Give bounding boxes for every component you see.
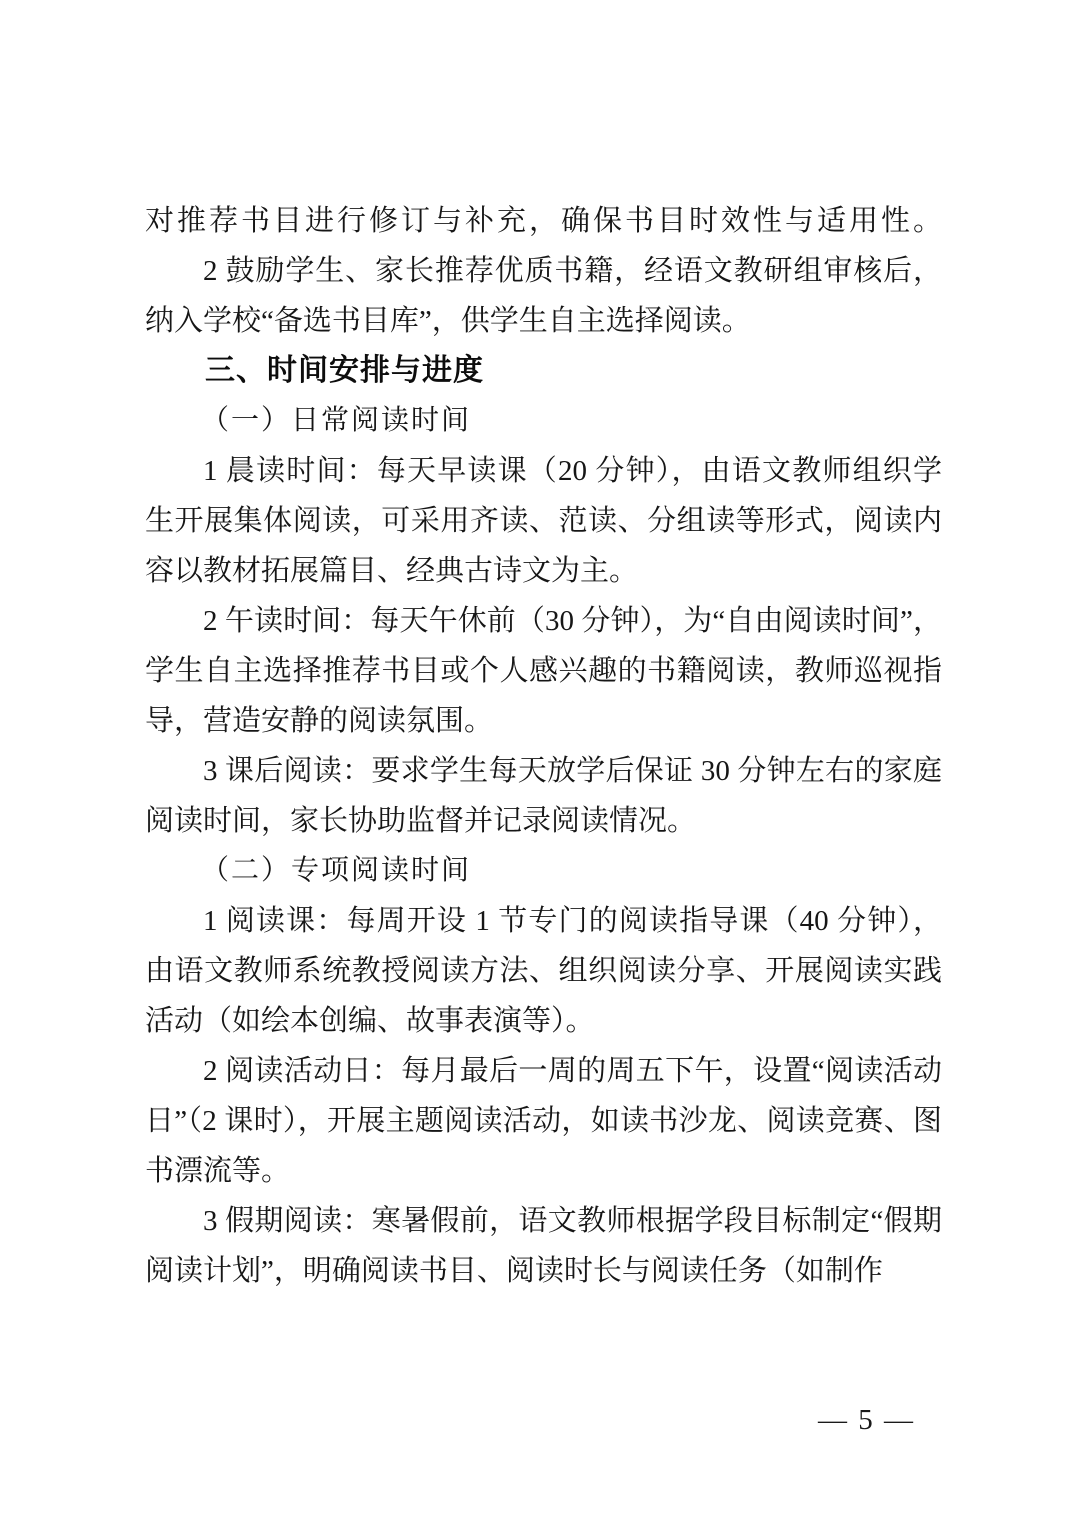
document-page: 对推荐书目进行修订与补充，确保书目时效性与适用性。 2 鼓励学生、家长推荐优质书… (0, 0, 1080, 1527)
paragraph: 3 课后阅读：要求学生每天放学后保证 30 分钟左右的家庭阅读时间，家长协助监督… (145, 746, 942, 846)
paragraph: 1 阅读课：每周开设 1 节专门的阅读指导课（40 分钟），由语文教师系统教授阅… (145, 896, 942, 1046)
paragraph: 2 午读时间：每天午休前（30 分钟），为“自由阅读时间”，学生自主选择推荐书目… (145, 596, 942, 746)
subsection-heading: （二）专项阅读时间 (145, 846, 942, 896)
paragraph: 2 阅读活动日：每月最后一周的周五下午，设置“阅读活动日”（2 课时），开展主题… (145, 1046, 942, 1196)
document-body: 对推荐书目进行修订与补充，确保书目时效性与适用性。 2 鼓励学生、家长推荐优质书… (145, 196, 942, 1296)
paragraph: 2 鼓励学生、家长推荐优质书籍，经语文教研组审核后，纳入学校“备选书目库”，供学… (145, 246, 942, 346)
section-heading: 三、时间安排与进度 (145, 346, 942, 396)
paragraph: 1 晨读时间：每天早读课（20 分钟），由语文教师组织学生开展集体阅读，可采用齐… (145, 446, 942, 596)
paragraph: 对推荐书目进行修订与补充，确保书目时效性与适用性。 (145, 196, 942, 246)
page-number: — 5 — (818, 1395, 915, 1445)
subsection-heading: （一）日常阅读时间 (145, 396, 942, 446)
paragraph: 3 假期阅读：寒暑假前，语文教师根据学段目标制定“假期阅读计划”，明确阅读书目、… (145, 1196, 942, 1296)
